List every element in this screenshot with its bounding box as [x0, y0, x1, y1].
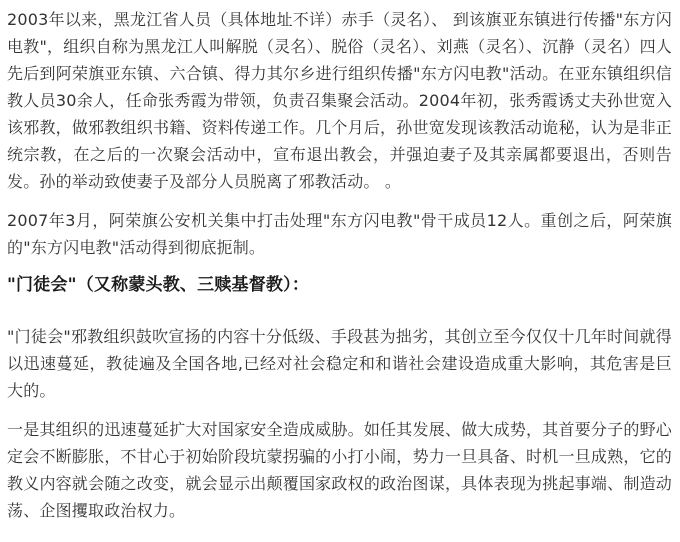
paragraph-dongfang-spread: 2003年以来，黑龙江省人员（具体地址不详）赤手（灵名）、 到该旗亚东镇进行传播… — [7, 6, 672, 195]
paragraph-mentuhui-threat: 一是其组织的迅速蔓延扩大对国家安全造成威胁。如任其发展、做大成势，其首要分子的野… — [7, 416, 672, 524]
paragraph-mentuhui-overview: "门徒会"邪教组织鼓吹宣扬的内容十分低级、手段甚为拙劣，其创立至今仅仅十几年时间… — [7, 323, 672, 404]
paragraph-police-crackdown: 2007年3月，阿荣旗公安机关集中打击处理"东方闪电教"骨干成员12人。重创之后… — [7, 207, 672, 261]
section-heading-mentuhui: "门徒会"（又称蒙头教、三赎基督教）： — [7, 273, 672, 297]
document-page: 2003年以来，黑龙江省人员（具体地址不详）赤手（灵名）、 到该旗亚东镇进行传播… — [0, 0, 680, 542]
